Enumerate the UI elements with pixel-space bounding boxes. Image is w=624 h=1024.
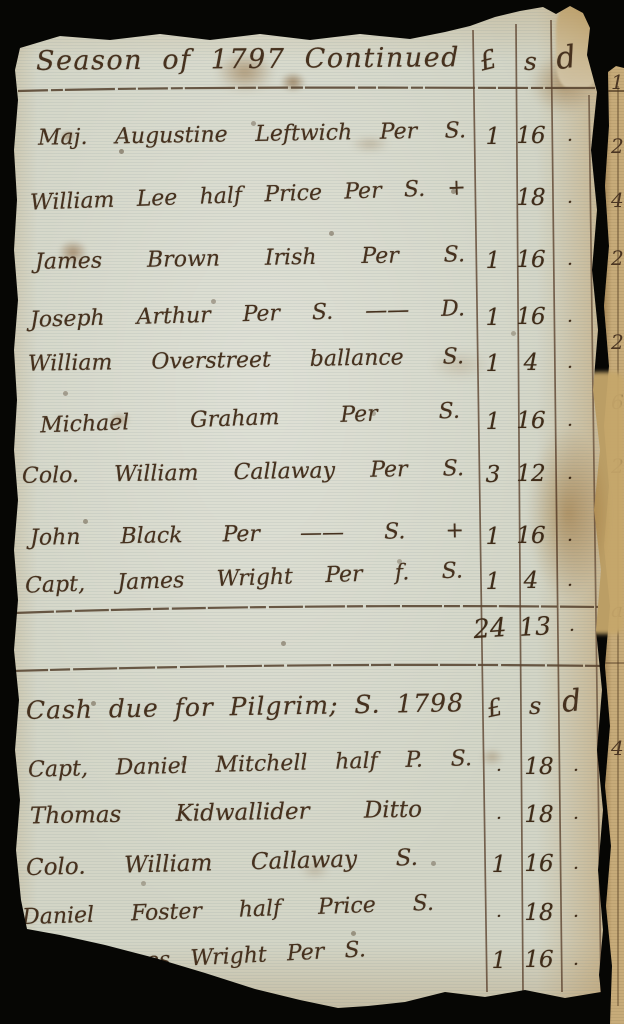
- edge-fragment-text: 4: [611, 736, 624, 760]
- total-pence-value: ·: [558, 620, 586, 641]
- shillings-column-header: s: [524, 47, 537, 76]
- shillings-value: 16: [522, 947, 556, 973]
- shillings-value: 18: [522, 754, 556, 780]
- pounds-value: 3: [477, 462, 509, 488]
- pence-value: ·: [562, 808, 590, 829]
- pounds-value: ·: [484, 808, 514, 829]
- pence-value: ·: [556, 192, 584, 213]
- edge-fragment-text: 2: [611, 454, 624, 478]
- pence-value: ·: [556, 254, 584, 275]
- pounds-value: 1: [477, 409, 509, 435]
- edge-fragment-text: 2: [611, 246, 624, 270]
- ink-specks: [0, 0, 3, 3]
- shillings-column-header: s: [529, 692, 541, 720]
- pounds-value: ·: [484, 906, 514, 927]
- pounds-value: ·: [484, 760, 514, 781]
- edge-fragment-text: 6: [611, 390, 624, 414]
- shillings-value: 16: [514, 408, 548, 434]
- pounds-value: 1: [477, 351, 509, 377]
- shillings-value: 16: [514, 304, 548, 330]
- pounds-value: 1: [477, 248, 509, 274]
- pounds-value: 1: [484, 852, 514, 878]
- edge-fragment-text: 2: [611, 134, 624, 158]
- ledger-page: Season of 1797 Continued £ s d Maj. Augu…: [0, 0, 624, 1024]
- total-pounds-value: 24: [465, 612, 515, 645]
- shillings-value: 16: [514, 523, 548, 549]
- adjacent-page-edge: 1 2 4 2 2 6 2 a 4: [602, 66, 624, 1024]
- shillings-value: 18: [522, 900, 556, 926]
- pounds-value: 1: [477, 524, 509, 550]
- scanned-ledger-image: 1 2 4 2 2 6 2 a 4: [0, 0, 624, 1024]
- shillings-value: 4: [514, 568, 548, 594]
- edge-fragment-text: 4: [611, 188, 624, 212]
- pounds-value: 1: [477, 124, 509, 150]
- pence-value: ·: [556, 311, 584, 332]
- shillings-value: 16: [522, 851, 556, 877]
- shillings-value: 16: [514, 247, 548, 273]
- pence-value: ·: [556, 575, 584, 596]
- shillings-value: 18: [514, 185, 548, 211]
- pence-value: ·: [556, 357, 584, 378]
- pence-value: ·: [556, 130, 584, 151]
- adjacent-page-rule-line: [617, 86, 619, 1006]
- edge-fragment-text: 1: [611, 70, 624, 94]
- edge-fragment-text: 2: [611, 330, 624, 354]
- total-shillings-value: 13: [513, 611, 556, 642]
- pence-column-header: d: [560, 683, 583, 720]
- pence-value: ·: [562, 906, 590, 927]
- shillings-value: 18: [522, 802, 556, 828]
- shillings-value: 16: [514, 123, 548, 149]
- shillings-value: 12: [514, 461, 548, 487]
- pounds-value: 1: [484, 948, 514, 974]
- pence-value: ·: [556, 530, 584, 551]
- page-title: Season of 1797 Continued: [36, 42, 460, 77]
- pence-value: ·: [556, 415, 584, 436]
- shillings-value: 4: [514, 350, 548, 376]
- adjacent-page-divider-line: [602, 662, 624, 664]
- pounds-value: 1: [477, 569, 509, 595]
- pence-value: ·: [562, 954, 590, 975]
- pounds-value: 1: [477, 305, 509, 331]
- pence-value: ·: [562, 760, 590, 781]
- edge-fragment-text: a: [611, 598, 623, 622]
- pence-value: ·: [562, 858, 590, 879]
- pence-value: ·: [556, 468, 584, 489]
